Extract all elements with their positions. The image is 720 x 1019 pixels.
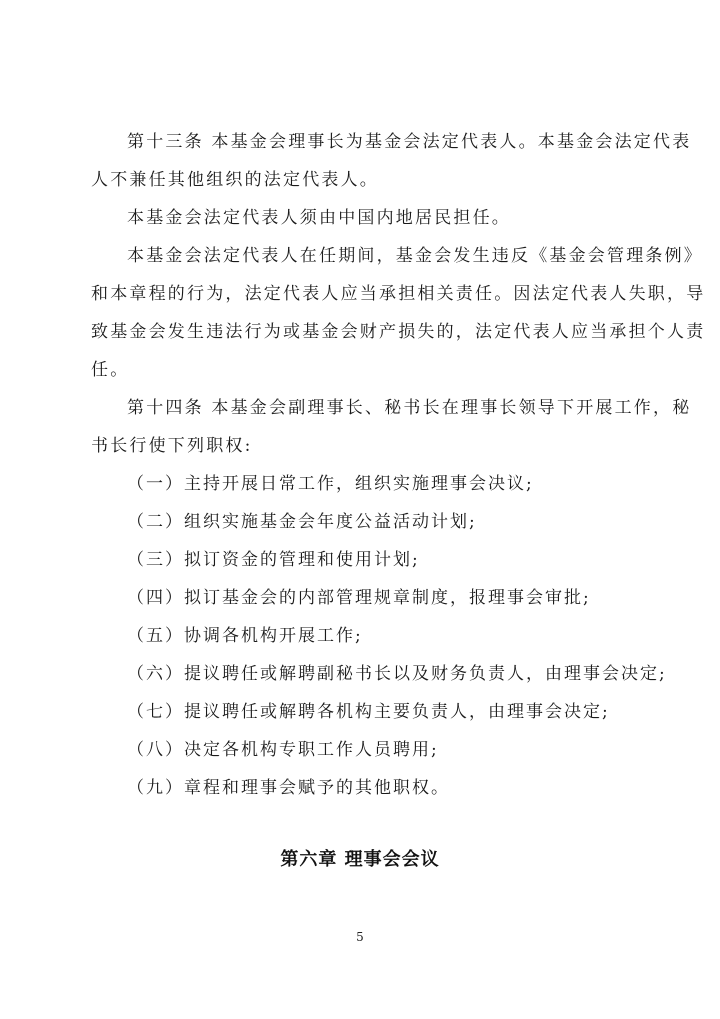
list-item: （八）决定各机构专职工作人员聘用;	[91, 735, 631, 773]
residency-paragraph: 本基金会法定代表人须由中国内地居民担任。	[91, 203, 631, 241]
list-item: （四）拟订基金会的内部管理规章制度，报理事会审批;	[91, 583, 631, 621]
list-item: （一）主持开展日常工作，组织实施理事会决议;	[91, 469, 631, 507]
chapter-heading: 第六章 理事会会议	[0, 845, 720, 871]
liability-line-4: 任。	[91, 355, 631, 393]
article-14-line-2: 书长行使下列职权:	[91, 431, 631, 469]
article-13-line-1: 第十三条 本基金会理事长为基金会法定代表人。本基金会法定代表	[91, 127, 631, 165]
liability-line-1: 本基金会法定代表人在任期间，基金会发生违反《基金会管理条例》	[91, 241, 631, 279]
list-item: （七）提议聘任或解聘各机构主要负责人，由理事会决定;	[91, 697, 631, 735]
liability-line-2: 和本章程的行为，法定代表人应当承担相关责任。因法定代表人失职，导	[91, 279, 631, 317]
document-body: 第十三条 本基金会理事长为基金会法定代表人。本基金会法定代表 人不兼任其他组织的…	[91, 127, 631, 811]
document-page: 第十三条 本基金会理事长为基金会法定代表人。本基金会法定代表 人不兼任其他组织的…	[0, 0, 720, 1019]
page-number: 5	[0, 930, 720, 944]
list-item: （三）拟订资金的管理和使用计划;	[91, 545, 631, 583]
list-item: （五）协调各机构开展工作;	[91, 621, 631, 659]
article-14-line-1: 第十四条 本基金会副理事长、秘书长在理事长领导下开展工作，秘	[91, 393, 631, 431]
list-item: （二）组织实施基金会年度公益活动计划;	[91, 507, 631, 545]
list-item: （九）章程和理事会赋予的其他职权。	[91, 773, 631, 811]
article-13-line-2: 人不兼任其他组织的法定代表人。	[91, 165, 631, 203]
list-item: （六）提议聘任或解聘副秘书长以及财务负责人，由理事会决定;	[91, 659, 631, 697]
liability-line-3: 致基金会发生违法行为或基金会财产损失的，法定代表人应当承担个人责	[91, 317, 631, 355]
